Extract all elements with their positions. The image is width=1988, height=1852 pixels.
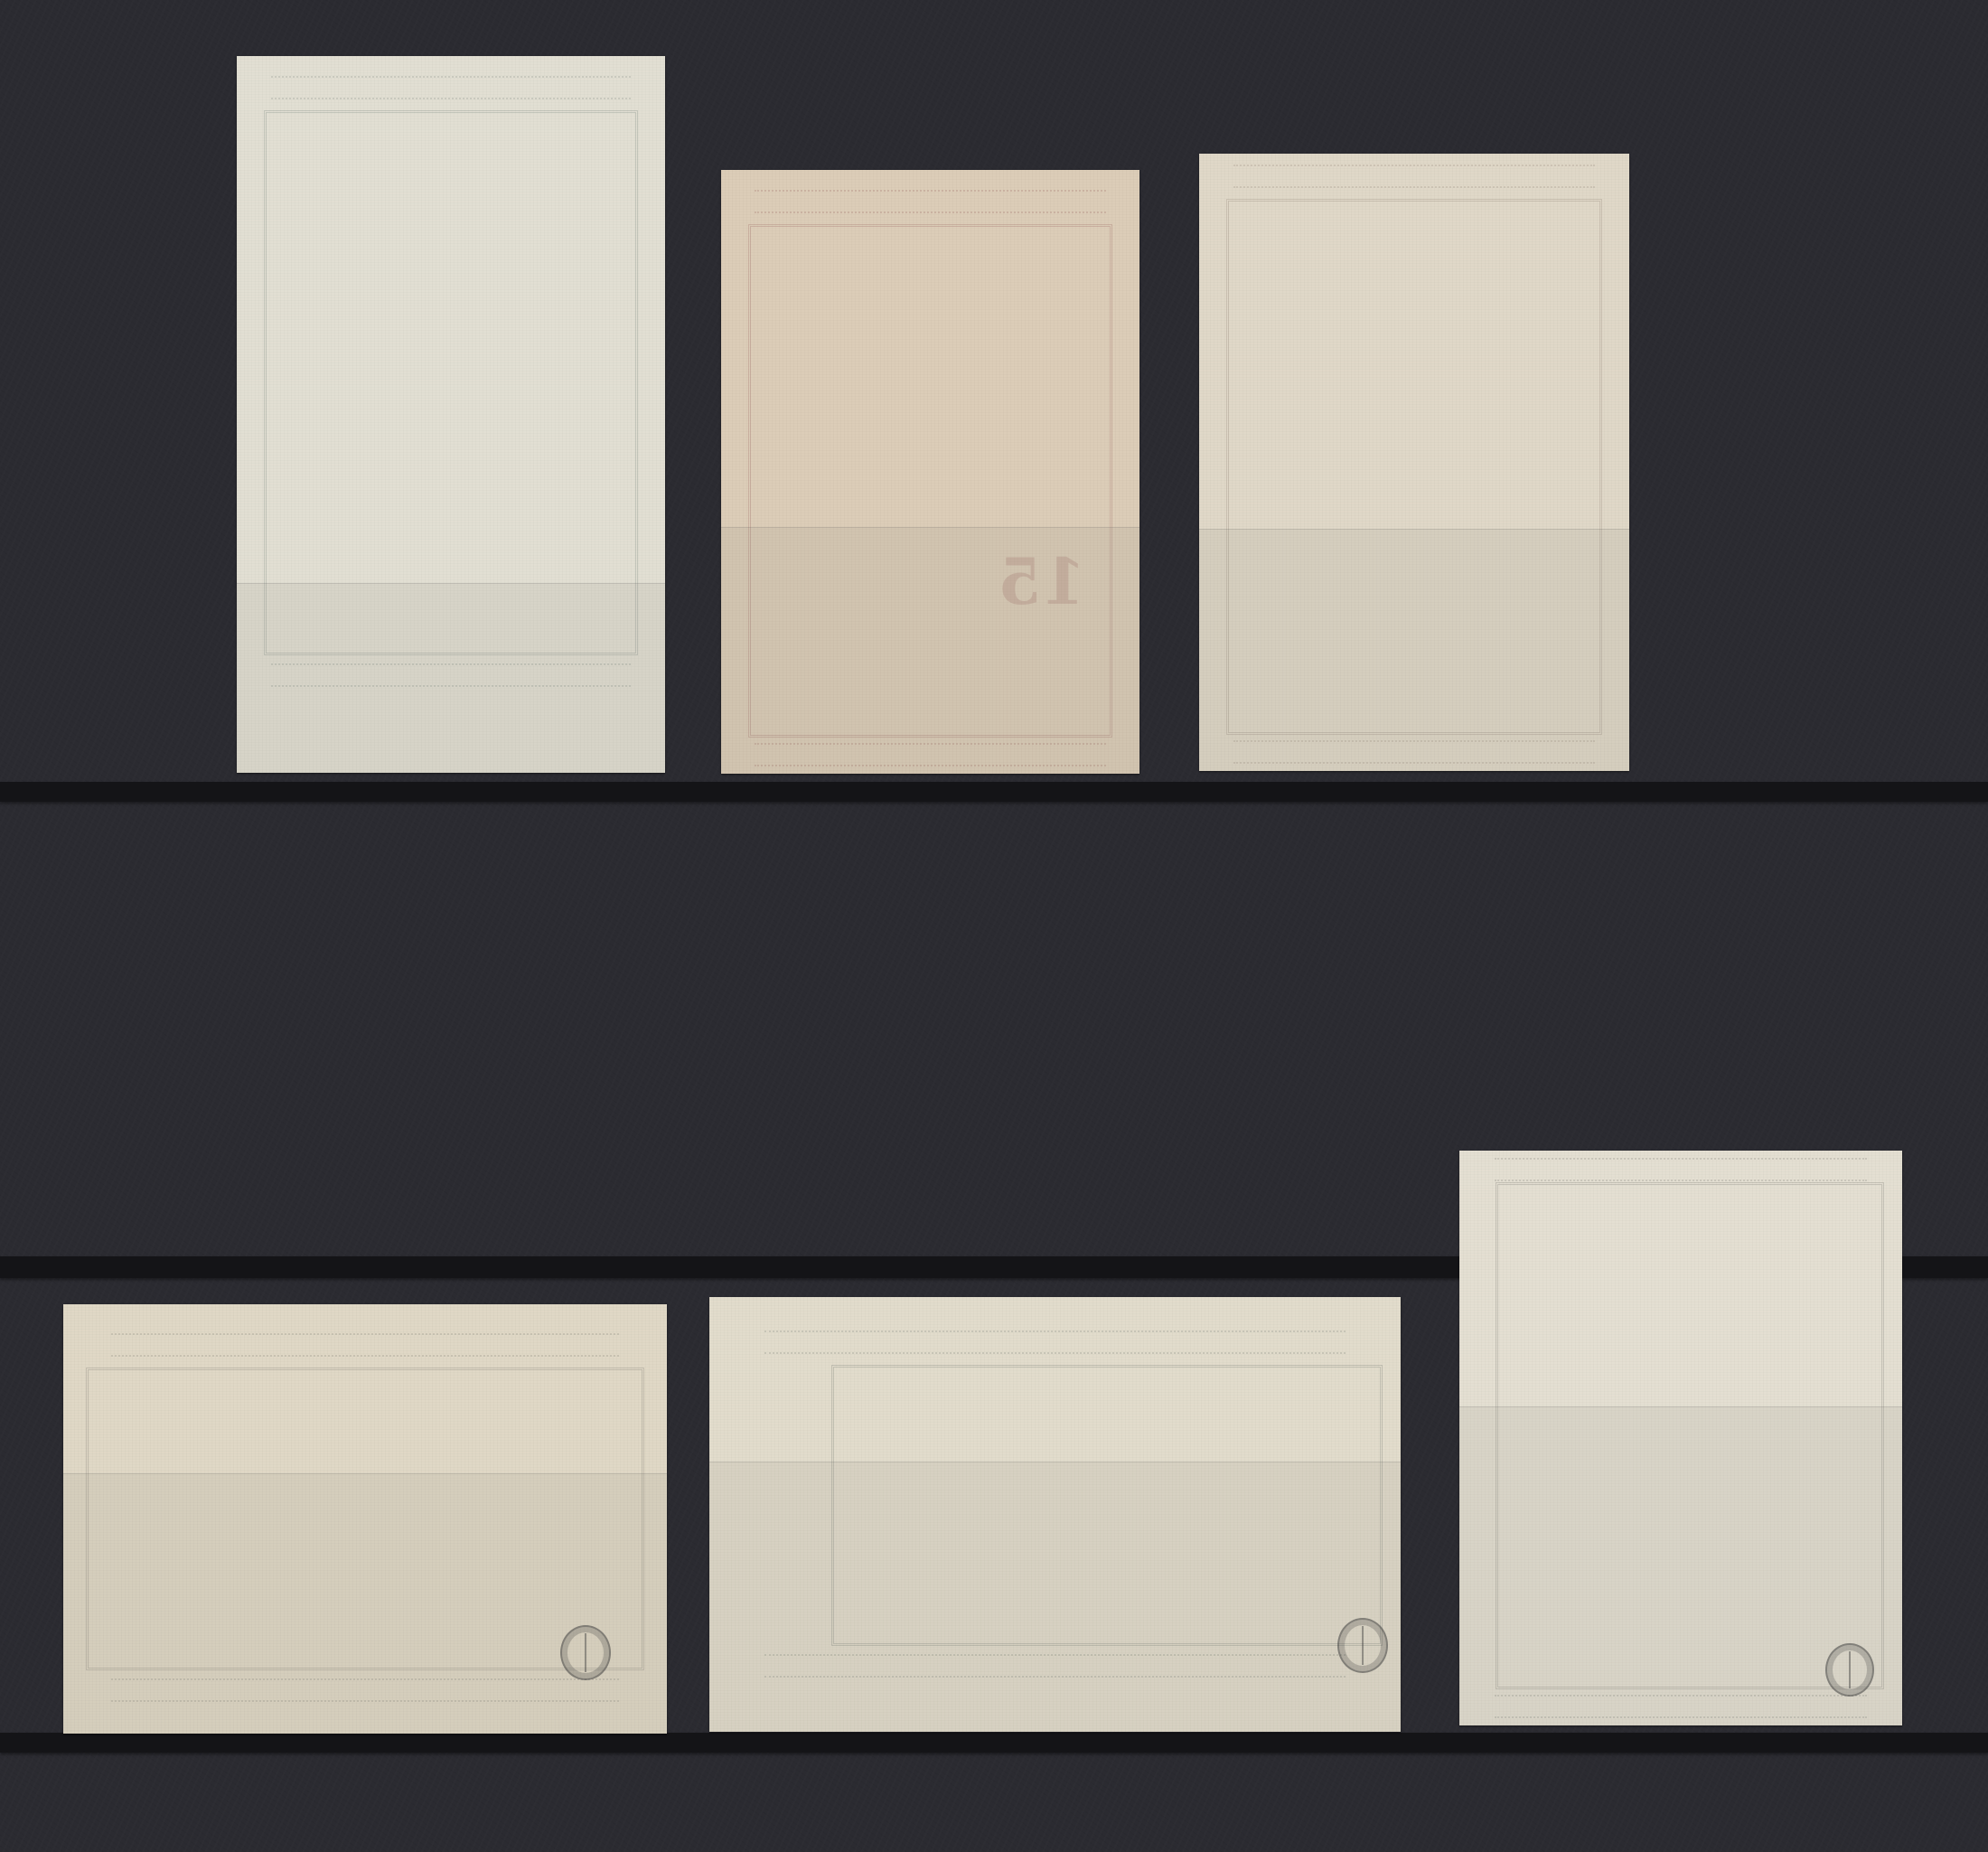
stamp-back-top-center: 15	[721, 170, 1139, 774]
design-frame-showthrough	[264, 110, 638, 655]
strip-band-3	[0, 1733, 1988, 1753]
top-inscription-showthrough	[755, 190, 1106, 213]
stamp-back-top-right	[1199, 154, 1629, 771]
glassine-strip-overlay	[237, 583, 665, 773]
glassine-strip-overlay	[1199, 529, 1629, 771]
expert-signature-mark-icon	[1337, 1618, 1388, 1673]
top-inscription-showthrough	[764, 1330, 1346, 1354]
expert-signature-mark-icon	[560, 1625, 611, 1680]
expert-signature-mark-icon	[1825, 1643, 1874, 1697]
strip-band-1	[0, 782, 1988, 802]
glassine-strip-overlay	[721, 527, 1139, 774]
stamp-back-bottom-right	[1459, 1151, 1902, 1725]
top-inscription-showthrough	[111, 1333, 618, 1357]
glassine-strip-overlay	[709, 1462, 1401, 1732]
top-inscription-showthrough	[1495, 1158, 1867, 1181]
stamp-back-bottom-center	[709, 1297, 1401, 1732]
stamp-back-bottom-left	[63, 1304, 667, 1734]
stamp-back-top-left	[237, 56, 665, 773]
glassine-strip-overlay	[63, 1473, 667, 1734]
top-inscription-showthrough	[1233, 165, 1595, 188]
top-inscription-showthrough	[271, 76, 631, 99]
